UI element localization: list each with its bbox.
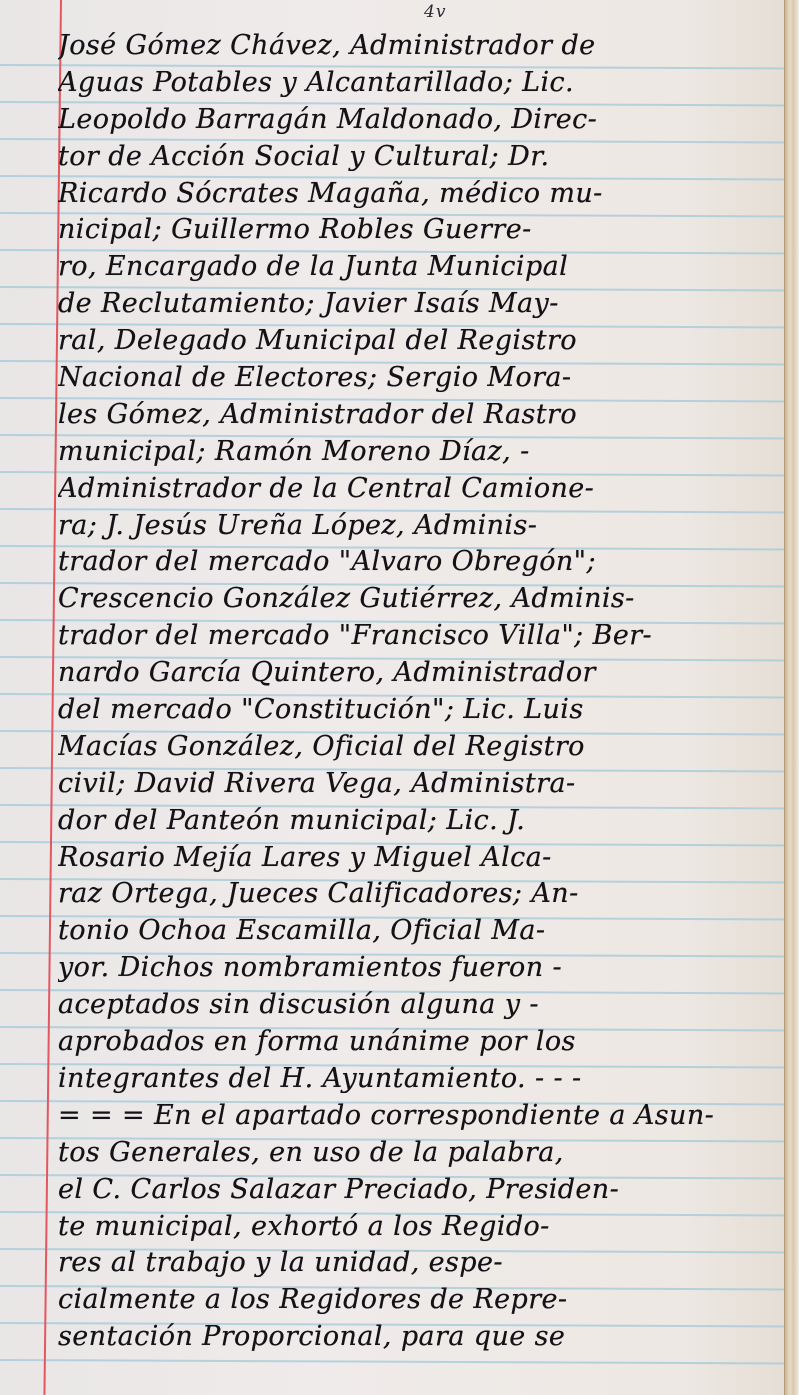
text-line: Leopoldo Barragán Maldonado, Direc- — [58, 102, 793, 139]
text-line: municipal; Ramón Moreno Díaz, - — [58, 434, 793, 471]
text-line: sentación Proporcional, para que se — [58, 1319, 793, 1356]
text-line: = = = En el apartado correspondiente a A… — [58, 1098, 793, 1135]
text-line: ral, Delegado Municipal del Registro — [58, 323, 793, 360]
text-line: Ricardo Sócrates Magaña, médico mu- — [58, 176, 793, 213]
text-line: civil; David Rivera Vega, Administra- — [58, 766, 793, 803]
text-line: tos Generales, en uso de la palabra, — [58, 1135, 793, 1172]
text-line: integrantes del H. Ayuntamiento. - - - — [58, 1061, 793, 1098]
text-line: aceptados sin discusión alguna y - — [58, 987, 793, 1024]
text-line: ro, Encargado de la Junta Municipal — [58, 249, 793, 286]
text-line: nardo García Quintero, Administrador — [58, 655, 793, 692]
page-number: 4v — [424, 2, 446, 22]
text-line: Administrador de la Central Camione- — [58, 471, 793, 508]
text-line: cialmente a los Regidores de Repre- — [58, 1282, 793, 1319]
text-line: tonio Ochoa Escamilla, Oficial Ma- — [58, 913, 793, 950]
rule-line — [0, 1359, 790, 1364]
text-line: res al trabajo y la unidad, espe- — [58, 1245, 793, 1282]
handwritten-text-block: José Gómez Chávez, Administrador de Agua… — [58, 28, 793, 1356]
text-line: te municipal, exhortó a los Regido- — [58, 1209, 793, 1246]
text-line: trador del mercado "Francisco Villa"; Be… — [58, 618, 793, 655]
text-line: Rosario Mejía Lares y Miguel Alca- — [58, 840, 793, 877]
text-line: aprobados en forma unánime por los — [58, 1024, 793, 1061]
text-line: José Gómez Chávez, Administrador de — [58, 28, 793, 65]
text-line: de Reclutamiento; Javier Isaís May- — [58, 286, 793, 323]
text-line: Crescencio González Gutiérrez, Adminis- — [58, 581, 793, 618]
text-line: Nacional de Electores; Sergio Mora- — [58, 360, 793, 397]
text-line: ra; J. Jesús Ureña López, Adminis- — [58, 508, 793, 545]
text-line: dor del Panteón municipal; Lic. J. — [58, 803, 793, 840]
text-line: raz Ortega, Jueces Calificadores; An- — [58, 876, 793, 913]
notebook-page: 4v José Gómez Chávez, Administrador de A… — [0, 0, 799, 1395]
text-line: del mercado "Constitución"; Lic. Luis — [58, 692, 793, 729]
text-line: tor de Acción Social y Cultural; Dr. — [58, 139, 793, 176]
text-line: yor. Dichos nombramientos fueron - — [58, 950, 793, 987]
text-line: nicipal; Guillermo Robles Guerre- — [58, 212, 793, 249]
text-line: les Gómez, Administrador del Rastro — [58, 397, 793, 434]
text-line: trador del mercado "Alvaro Obregón"; — [58, 544, 793, 581]
text-line: Aguas Potables y Alcantarillado; Lic. — [58, 65, 793, 102]
book-binding-edge — [784, 0, 799, 1395]
text-line: Macías González, Oficial del Registro — [58, 729, 793, 766]
text-line: el C. Carlos Salazar Preciado, Presiden- — [58, 1172, 793, 1209]
